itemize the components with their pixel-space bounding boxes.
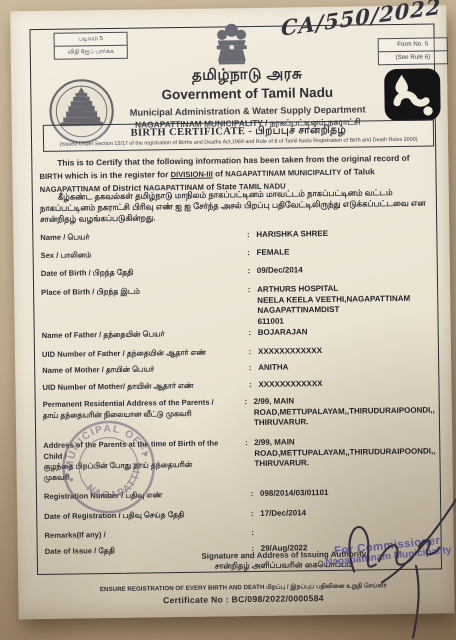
field-row-date-of-birth: Date of Birth / பிறந்த தேதி:09/Dec/2014	[41, 263, 433, 279]
field-row-mother-uid: UID Number of Mother/ தாயின் ஆதார் எண்:X…	[42, 377, 434, 393]
colon: :	[244, 527, 260, 538]
photo-background: படிவம் 5 விதி 6ஐப் பார்க்க सत्यमेव जयते	[0, 0, 456, 640]
field-label: Name of Mother / தாயின் பெயர்	[42, 363, 242, 376]
field-label: Name of Father / தந்தையின் பெயர்	[42, 328, 242, 341]
field-label: UID Number of Father / தந்தையின் ஆதார் எ…	[42, 347, 242, 360]
field-value: HARISHKA SHREE	[256, 228, 432, 241]
colon: :	[241, 285, 257, 296]
colon: :	[240, 230, 256, 241]
colon: :	[242, 363, 258, 374]
field-label: Remarks(If any) /	[44, 528, 244, 541]
form-number-english-line1: Form No. 5	[379, 38, 447, 52]
intro-seg2: which is in the register for	[63, 169, 171, 181]
colon: :	[238, 397, 254, 408]
field-value: FEMALE	[257, 246, 433, 259]
form-number-english-line2: (See Rule 6)	[379, 51, 447, 64]
field-value: 2/99, MAIN ROAD,METTUPALAYAM,,THIRUDURAI…	[254, 394, 435, 428]
government-title-tamil: தமிழ்நாடு அரசு	[115, 64, 379, 87]
colon: :	[244, 508, 260, 519]
field-row-sex: Sex / பாலினம்:FEMALE	[41, 246, 433, 262]
field-value: 09/Dec/2014	[257, 263, 433, 276]
field-label: UID Number of Mother/ தாயின் ஆதார் எண்	[42, 380, 242, 393]
field-value: ANITHA	[258, 360, 434, 373]
certificate-paper: படிவம் 5 விதி 6ஐப் பார்க்க सत्यमेव जयते	[10, 5, 454, 619]
field-row-father-uid: UID Number of Father / தந்தையின் ஆதார் எ…	[42, 344, 434, 360]
field-label: Date of Birth / பிறந்த தேதி	[41, 266, 241, 279]
field-label: Name / பெயர்	[40, 230, 240, 243]
water-board-logo-icon	[383, 67, 442, 122]
colon: :	[242, 380, 258, 391]
intro-seg4: of Taluk	[341, 166, 375, 176]
colon: :	[244, 488, 260, 499]
field-row-remarks: Remarks(If any) /:	[44, 525, 436, 541]
field-value: ARTHURS HOSPITAL NEELA KEELA VEETHI,NAGA…	[257, 282, 434, 326]
field-value: 17/Dec/2014	[260, 506, 436, 519]
government-title-english: Government of Tamil Nadu	[115, 84, 379, 103]
form-number-tamil-line1: படிவம் 5	[55, 33, 127, 47]
intro-seg3: of	[213, 168, 226, 178]
field-row-place-of-birth: Place of Birth / பிறந்த இடம்:ARTHURS HOS…	[41, 282, 434, 329]
ashoka-emblem-graphic	[208, 18, 255, 67]
field-label: Sex / பாலினம்	[41, 248, 241, 261]
colon: :	[239, 438, 255, 449]
field-value: 2/99, MAIN ROAD,METTUPALAYAM,,THIRUDURAI…	[254, 435, 435, 469]
field-value: XXXXXXXXXXXX	[258, 344, 434, 357]
form-number-box-tamil: படிவம் 5 விதி 6ஐப் பார்க்க	[54, 32, 128, 60]
field-value	[260, 525, 436, 527]
field-row-mother-name: Name of Mother / தாயின் பெயர்:ANITHA	[42, 360, 434, 376]
intro-record-type: BIRTH	[39, 172, 62, 181]
field-label: Place of Birth / பிறந்த இடம்	[41, 285, 241, 298]
field-value: XXXXXXXXXXXX	[258, 377, 434, 390]
intro-municipality: NAGAPATTINAM MUNICIPALITY	[225, 168, 341, 179]
colon: :	[242, 328, 258, 339]
certificate-title-box: BIRTH CERTIFICATE - பிறப்புச் சான்றிதழ் …	[43, 119, 434, 151]
intro-division: DIVISION-III	[171, 169, 213, 179]
field-value: 098/2014/03/01101	[260, 486, 436, 499]
certification-paragraph-tamil: கீழ்கண்ட தகவல்கள் தமிழ்நாடு மாநிலம் நாகப…	[40, 187, 432, 226]
colon: :	[242, 347, 258, 358]
field-value: BOJARAJAN	[258, 325, 434, 338]
colon: :	[241, 248, 257, 259]
colon: :	[241, 266, 257, 277]
form-number-tamil-line2: விதி 6ஐப் பார்க்க	[55, 46, 127, 59]
form-number-box-english: Form No. 5 (See Rule 6)	[378, 37, 448, 65]
